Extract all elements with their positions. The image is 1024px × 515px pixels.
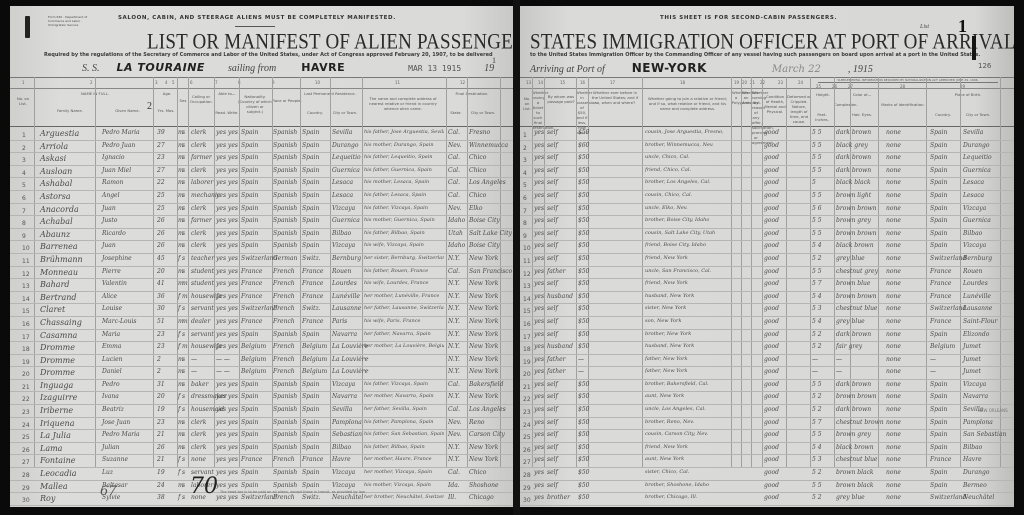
passenger-no: 17: [523, 334, 531, 341]
column-headers-right: No. on List. Whether having a ticket to …: [520, 88, 1014, 127]
age: 30: [157, 305, 165, 312]
passenger-row: 14yeshusband$50husband, New Yorkgood5 4b…: [520, 292, 1014, 305]
hair-eyes: brown brown: [836, 205, 877, 212]
ticket: yes: [534, 444, 544, 451]
health: good: [764, 230, 779, 237]
dest-state: Nev.: [448, 205, 461, 212]
birth-city: Durango: [963, 142, 989, 149]
family-name: Brühmann: [40, 255, 83, 264]
calling: farmer: [191, 154, 212, 161]
race: Spanish: [273, 167, 297, 174]
dest-city: New York: [469, 305, 498, 312]
residence-city: Navarra: [332, 393, 357, 400]
passenger-no: 20: [523, 371, 531, 378]
given-name: Valentin: [102, 280, 127, 287]
health: good: [764, 255, 779, 262]
hair-eyes: brown brown: [836, 230, 877, 237]
marks: none: [886, 167, 901, 174]
joining-relative: cousin, Carson City, Nev.: [645, 431, 708, 437]
marital-status: s: [182, 469, 185, 476]
dest-state: Cal.: [448, 167, 460, 174]
birth-country: Spain: [930, 469, 947, 476]
hair-eyes: chestnut blue: [836, 305, 878, 312]
given-name: Lucien: [102, 356, 123, 363]
marks: none: [886, 406, 901, 413]
birth-city: Vizcaya: [963, 381, 986, 388]
race: French: [273, 293, 295, 300]
passenger-row: 12yesfather$50uncle, San Francisco, Cal.…: [520, 267, 1014, 280]
age: 20: [157, 393, 165, 400]
dest-state: Cal.: [448, 154, 460, 161]
header-birth-country: Country.: [928, 112, 958, 117]
dest-state: N.Y.: [448, 305, 460, 312]
passenger-row: 24yesself$50brother, Reno, Nev.good5 7ch…: [520, 418, 1014, 431]
dest-state: Cal.: [448, 406, 460, 413]
passage-paid-by: husband: [547, 293, 573, 300]
joining-relative: aunt, New York: [645, 393, 684, 399]
money: $50: [578, 318, 589, 325]
joining-relative: husband, New York: [645, 343, 694, 349]
race: French: [273, 318, 295, 325]
family-name: Mallea: [40, 482, 68, 491]
race: Spanish: [273, 179, 297, 186]
age: 23: [157, 419, 165, 426]
header-color-of: Color of—: [850, 92, 874, 97]
residence-country: Spain: [302, 331, 319, 338]
passage-paid-by: self: [547, 381, 558, 388]
race: Spanish: [273, 381, 297, 388]
residence-country: Spain: [302, 419, 319, 426]
passenger-row: 20DrommeDaniel2ms—— —BelgiumFrenchBelgiu…: [10, 367, 513, 380]
calling: laborer: [191, 179, 213, 186]
ticket: yes: [534, 343, 544, 350]
family-name: Inguaga: [40, 381, 73, 390]
marks: none: [886, 456, 901, 463]
marks: none: [886, 230, 901, 237]
money: $50: [578, 280, 589, 287]
sex: f: [178, 331, 180, 338]
given-name: Emma: [102, 343, 121, 350]
height: —: [812, 368, 818, 375]
race: French: [273, 268, 295, 275]
read-write: — —: [216, 356, 230, 363]
nationality: Spain: [241, 192, 258, 199]
hair-eyes: dark brown: [836, 381, 871, 388]
read-write: — —: [216, 368, 230, 375]
marks: none: [886, 179, 901, 186]
passenger-row: 25yesself$50cousin, Carson City, Nev.goo…: [520, 430, 1014, 443]
nearest-relative: his wife, Vizcaya, Spain: [364, 242, 424, 248]
dest-city: New York: [469, 280, 498, 287]
family-name: Arriola: [40, 142, 68, 151]
calling: clerk: [191, 230, 206, 237]
passenger-no: 7: [22, 208, 26, 215]
passenger-no: 30: [22, 497, 30, 504]
marital-status: s: [182, 179, 185, 186]
nationality: Spain: [241, 167, 258, 174]
birth-country: Switzerland: [930, 494, 966, 501]
calling: teacher: [191, 255, 214, 262]
read-write: yes yes: [216, 205, 238, 212]
dest-city: Carson City: [469, 431, 505, 438]
height: 5 2: [812, 255, 822, 262]
hair-eyes: dark brown: [836, 129, 871, 136]
passenger-no: 24: [523, 422, 531, 429]
hair-eyes: grey blue: [836, 318, 865, 325]
dest-state: Nev.: [448, 419, 461, 426]
marks: none: [886, 419, 901, 426]
family-name: Izaguirre: [40, 393, 77, 402]
marks: none: [886, 331, 901, 338]
hair-eyes: brown grey: [836, 217, 871, 224]
passenger-row: 22yesself$50aunt, New Yorkgood5 2brown b…: [520, 392, 1014, 405]
passenger-row: 15yesself$50sister, New Yorkgood5 3chest…: [520, 304, 1014, 317]
sex: f: [178, 255, 180, 262]
passenger-row: 19yesfather—father, New Yorkgood——none—J…: [520, 355, 1014, 368]
calling: clerk: [191, 205, 206, 212]
marital-status: s: [182, 242, 185, 249]
passenger-no: 14: [22, 296, 30, 303]
birth-city: Bermeo: [963, 482, 987, 489]
dest-city: Bakersfield: [469, 381, 503, 388]
passenger-row: 26yesself$50friend, New Yorkgood5 4black…: [520, 443, 1014, 456]
dest-city: New York: [469, 368, 498, 375]
read-write: yes yes: [216, 331, 238, 338]
header-marks: Marks of Identification.: [880, 102, 926, 107]
birth-country: Spain: [930, 419, 947, 426]
given-name: Julian: [102, 444, 120, 451]
birth-country: Spain: [930, 192, 947, 199]
passenger-no: 21: [22, 384, 30, 391]
nationality: Spain: [241, 393, 258, 400]
page-gutter: [513, 0, 520, 515]
given-name: Jose Juan: [102, 419, 130, 426]
joining-relative: friend, New York: [645, 255, 688, 261]
dest-state: N.Y.: [448, 356, 460, 363]
residence-country: Spain: [302, 230, 319, 237]
marks: none: [886, 242, 901, 249]
read-write: yes yes: [216, 142, 238, 149]
dest-state: Utah: [448, 230, 463, 237]
marks: none: [886, 356, 901, 363]
calling: clerk: [191, 142, 206, 149]
age: 41: [157, 280, 165, 287]
passenger-no: 13: [22, 283, 30, 290]
ship-name: LA TOURAINE: [117, 61, 205, 74]
header-anarchist: Whether an Anarchist.: [742, 90, 750, 105]
marks: none: [886, 469, 901, 476]
passenger-row: 21InguagaPedro31msbakeryes yesSpainSpani…: [10, 380, 513, 393]
hair-eyes: dark brown: [836, 154, 871, 161]
header-birth-city: City or Town.: [960, 112, 996, 117]
money: $50: [578, 192, 589, 199]
money: $50: [578, 494, 589, 501]
health: good: [764, 469, 779, 476]
passenger-row: 19DrommeLucien2ms—— —BelgiumFrenchBelgiu…: [10, 355, 513, 368]
passage-paid-by: self: [547, 419, 558, 426]
hair-eyes: brown brown: [836, 293, 877, 300]
residence-city: Vizcaya: [332, 205, 355, 212]
marks: none: [886, 431, 901, 438]
race: French: [273, 494, 295, 501]
age: 27: [157, 167, 165, 174]
residence-city: La Louvière: [332, 356, 368, 363]
header-race: Race or People.: [272, 98, 302, 103]
residence-city: Lesaca: [332, 192, 353, 199]
header-given-name: Given Name.: [110, 108, 145, 113]
header-deformed: Deformed or Crippled. Nature, length of …: [786, 94, 812, 124]
read-write: yes yes: [216, 419, 238, 426]
header-been-in-us: Whether ever before in the United States…: [590, 90, 640, 105]
money: $50: [578, 444, 589, 451]
health: good: [764, 368, 779, 375]
passenger-row: 14BertrandAlice36fmhousewifeyes yesFranc…: [10, 292, 513, 305]
dest-city: Shoshone: [469, 482, 499, 489]
read-write: yes yes: [216, 268, 238, 275]
birth-city: Lourdes: [963, 280, 988, 287]
given-name: Ignacio: [102, 154, 125, 161]
nearest-relative: her father, Lausanne, Switzerland: [364, 305, 444, 311]
nationality: Spain: [241, 142, 258, 149]
joining-relative: cousin, Chico, Cal.: [645, 192, 692, 198]
age: 23: [157, 343, 165, 350]
marital-status: m: [182, 280, 188, 287]
passenger-row: 1ArguestiaPedro Maria39msclerkyes yesSpa…: [10, 128, 513, 141]
height: 5 5: [812, 129, 822, 136]
arrival-port: NEW-YORK: [632, 61, 707, 75]
read-write: yes yes: [216, 431, 238, 438]
passenger-row: 11yesself$50friend, New Yorkgood5 2grey …: [520, 254, 1014, 267]
joining-relative: uncle, San Francisco, Cal.: [645, 268, 711, 274]
residence-country: Spain: [302, 381, 319, 388]
arrival-line: Arriving at Port of NEW-YORK March 22 , …: [530, 61, 873, 75]
hair-eyes: dark brown: [836, 406, 871, 413]
age: 51: [157, 318, 165, 325]
passenger-row: 16yesself$50son, New Yorkgood5 4grey blu…: [520, 317, 1014, 330]
passenger-no: 10: [523, 245, 531, 252]
passenger-no: 8: [22, 220, 26, 227]
read-write: yes yes: [216, 280, 238, 287]
family-name: Dromme: [40, 368, 75, 377]
birth-city: Pamplona: [963, 419, 993, 426]
list-number-marker: [25, 16, 30, 38]
dest-city: Chico: [469, 469, 486, 476]
residence-country: France: [302, 293, 323, 300]
height: 5: [812, 179, 816, 186]
residence-city: Durango: [332, 142, 358, 149]
health: good: [764, 167, 779, 174]
sailing-label: sailing from: [228, 63, 276, 74]
nearest-relative: his father, Vizcaya, Spain: [364, 381, 428, 387]
ticket: yes: [534, 192, 544, 199]
health: good: [764, 494, 779, 501]
marital-status: s: [182, 142, 185, 149]
dest-state: N.Y.: [448, 293, 460, 300]
nearest-relative: her sister, Bernburg, Switzerland: [364, 255, 444, 261]
joining-relative: husband, New York: [645, 293, 694, 299]
nationality: Switzerland: [241, 305, 277, 312]
dest-city: New York: [469, 456, 498, 463]
date-stamp: MAR 13 1915: [408, 64, 461, 73]
hair-eyes: black black: [836, 179, 871, 186]
passage-paid-by: self: [547, 217, 558, 224]
passenger-row: 13BahardValentin41mmstudentyes yesFrance…: [10, 279, 513, 292]
money: $50: [578, 154, 589, 161]
passenger-row: 17yesself$50brother, New Yorkgood5 2dark…: [520, 330, 1014, 343]
dest-state: Idaho: [448, 217, 465, 224]
read-write: yes yes: [216, 230, 238, 237]
race: Spanish: [273, 331, 297, 338]
dest-state: N.Y.: [448, 318, 460, 325]
dest-city: New York: [469, 393, 498, 400]
passenger-row: 5yesself$50brother, Los Angeles, Cal.goo…: [520, 178, 1014, 191]
hair-eyes: —: [836, 356, 842, 363]
joining-relative: sister, New York: [645, 305, 686, 311]
arriving-label: Arriving at Port of: [530, 64, 605, 75]
hair-eyes: brown black: [836, 482, 874, 489]
passenger-no: 1: [523, 132, 527, 139]
page-mark: 1: [492, 56, 496, 65]
marital-status: s: [182, 444, 185, 451]
nearest-relative: his mother, Guernica, Spain: [364, 217, 435, 223]
marks: none: [886, 482, 901, 489]
age: 26: [157, 217, 165, 224]
marks: none: [886, 142, 901, 149]
passage-paid-by: father: [547, 268, 566, 275]
family-name: La Julia: [40, 431, 71, 440]
passenger-no: 5: [22, 182, 26, 189]
residence-country: Spain: [302, 129, 319, 136]
arrival-date: March 22: [772, 64, 821, 75]
marks: none: [886, 381, 901, 388]
marks: none: [886, 305, 901, 312]
calling: student: [191, 268, 214, 275]
sex: f: [178, 393, 180, 400]
header-family-name: Family Name.: [50, 108, 90, 113]
header-ticket: Whether having a ticket to such final de…: [532, 90, 544, 130]
marks: none: [886, 280, 901, 287]
dest-city: Salt Lake City: [469, 230, 512, 237]
residence-city: Vizcaya: [332, 482, 355, 489]
race: Spanish: [273, 431, 297, 438]
read-write: yes yes: [216, 393, 238, 400]
dest-state: Cal.: [448, 469, 460, 476]
birth-city: Bilbao: [963, 444, 982, 451]
nearest-relative: his father, Vizcaya, Spain: [364, 205, 428, 211]
dest-city: Los Angeles: [469, 406, 506, 413]
height: 5 2: [812, 469, 822, 476]
ticket: yes: [534, 242, 544, 249]
dest-city: New York: [469, 356, 498, 363]
residence-country: France: [302, 318, 323, 325]
passage-paid-by: self: [547, 305, 558, 312]
age: 39: [157, 129, 165, 136]
header-calling: Calling or Occupation.: [190, 94, 212, 104]
nationality: Spain: [241, 469, 258, 476]
residence-country: Spain: [302, 431, 319, 438]
header-no-on-list-right: No. on List.: [522, 96, 532, 111]
marital-status: s: [182, 494, 185, 501]
health: good: [764, 242, 779, 249]
health: good: [764, 179, 779, 186]
residence-city: Lourdes: [332, 280, 357, 287]
birth-country: —: [930, 368, 936, 375]
birth-city: Neuchâtel: [963, 494, 994, 501]
dest-city: Chicago: [469, 494, 494, 501]
sex: f: [178, 293, 180, 300]
residence-country: Belgium: [302, 343, 327, 350]
dest-state: N.Y.: [448, 331, 460, 338]
birth-country: France: [930, 318, 951, 325]
read-write: yes yes: [216, 456, 238, 463]
ticket: yes: [534, 406, 544, 413]
calling: clerk: [191, 129, 206, 136]
calling: clerk: [191, 444, 206, 451]
birth-country: Spain: [930, 205, 947, 212]
nearest-relative: his mother, Durango, Spain: [364, 142, 434, 148]
header-complexion: Complexion.: [834, 102, 850, 107]
joining-relative: friend, Chico, Cal.: [645, 167, 691, 173]
residence-country: Spain: [302, 482, 319, 489]
passenger-no: 7: [523, 208, 527, 215]
ticket: yes: [534, 293, 544, 300]
marital-status: s: [182, 381, 185, 388]
birth-country: Spain: [930, 444, 947, 451]
money: $50: [578, 255, 589, 262]
residence-city: Bilbao: [332, 444, 351, 451]
nearest-relative: his father, Bilbao, Spain: [364, 230, 425, 236]
column-headers-left: No. on List. NAME IN FULL. Family Name. …: [10, 88, 513, 127]
money: $50: [578, 293, 589, 300]
dest-city: Fresno: [469, 129, 490, 136]
dest-city: Los Angeles: [469, 179, 506, 186]
nationality: France: [241, 318, 262, 325]
ticket: yes: [534, 393, 544, 400]
sex: f: [178, 305, 180, 312]
marital-status: m: [182, 318, 188, 325]
family-name: Iriquena: [40, 419, 74, 428]
nationality: Switzerland: [241, 494, 277, 501]
passenger-no: 26: [523, 447, 531, 454]
passage-paid-by: self: [547, 205, 558, 212]
passenger-no: 10: [22, 245, 30, 252]
birth-city: Rouen: [963, 268, 982, 275]
birth-city: Lesaca: [963, 179, 984, 186]
health: good: [764, 305, 779, 312]
passage-paid-by: self: [547, 456, 558, 463]
header-passage-paid: By whom was passage paid?: [546, 94, 576, 104]
marital-status: s: [182, 192, 185, 199]
header-no-on-list: No. on List.: [16, 96, 30, 106]
height: 5 5: [812, 268, 822, 275]
read-write: yes yes: [216, 192, 238, 199]
height: 5 4: [812, 444, 822, 451]
ticket: yes: [534, 368, 544, 375]
race: Spanish: [273, 406, 297, 413]
money: $50: [578, 217, 589, 224]
race: German: [273, 255, 297, 262]
dest-state: N.Y.: [448, 280, 460, 287]
residence-country: Switz.: [302, 305, 321, 312]
list-marker-block: [972, 36, 976, 60]
nationality: Belgium: [241, 343, 266, 350]
passage-paid-by: self: [547, 192, 558, 199]
header-health: Condition of Health, Mental and Physical…: [764, 94, 786, 114]
joining-relative: brother, Shoshone, Idaho: [645, 482, 709, 488]
given-name: Pedro: [102, 381, 120, 388]
nearest-relative: his father, San Sebastian, Spain: [364, 431, 444, 437]
passenger-no: 4: [22, 170, 26, 177]
